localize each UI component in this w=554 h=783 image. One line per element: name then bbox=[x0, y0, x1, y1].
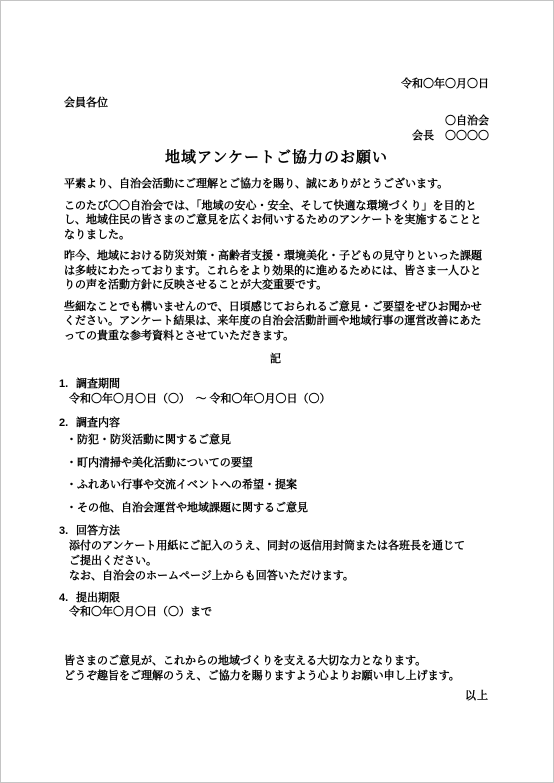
paragraph-line: ください。アンケート結果は、来年度の自治会活動計画や地域行事の運営改善にあた bbox=[64, 314, 489, 329]
section-body-line: 令和〇年〇月〇日（〇）まで bbox=[69, 605, 489, 620]
section-number: 2. bbox=[59, 416, 76, 431]
paragraph-line: 平素より、自治会活動にご理解とご協力を賜り、誠にありがとうございます。 bbox=[64, 177, 489, 192]
document-page: 令和〇年〇月〇日 会員各位 〇自治会 会長 〇〇〇〇 地域アンケートご協力のお願… bbox=[0, 0, 554, 783]
sender-org: 〇自治会 bbox=[64, 114, 489, 129]
bullet-item: ・ふれあい行事や交流イベントへの希望・提案 bbox=[66, 478, 489, 493]
paragraph-line: っての貴重な参考資料とさせていただきます。 bbox=[64, 329, 489, 344]
bullet-item: ・町内清掃や美化活動についての要望 bbox=[66, 456, 489, 471]
section-body-line: 令和〇年〇月〇日（〇） ～ 令和〇年〇月〇日（〇） bbox=[69, 392, 489, 407]
section-body-line: なお、自治会のホームページ上からも回答いただけます。 bbox=[69, 569, 489, 584]
section-body-line: ご提出ください。 bbox=[69, 554, 489, 569]
section-number: 3. bbox=[59, 524, 76, 539]
section-heading: 回答方法 bbox=[76, 524, 120, 539]
section-response-method: 3. 回答方法 添付のアンケート用紙にご記入のうえ、同封の返信用封筒または各班長… bbox=[59, 524, 489, 584]
paragraph-line: は多岐にわたっております。これらをより効果的に進めるためには、皆さま一人ひと bbox=[64, 264, 489, 279]
paragraph-line: し、地域住民の皆さまのご意見を広くお伺いするためのアンケートを実施することと bbox=[64, 213, 489, 228]
section-heading-row: 3. 回答方法 bbox=[59, 524, 489, 539]
recipient: 会員各位 bbox=[64, 96, 489, 110]
bullet-item: ・その他、自治会運営や地域課題に関するご意見 bbox=[66, 501, 489, 516]
section-submission-deadline: 4. 提出期限 令和〇年〇月〇日（〇）まで bbox=[59, 591, 489, 621]
section-heading: 提出期限 bbox=[76, 591, 120, 606]
sender-block: 〇自治会 会長 〇〇〇〇 bbox=[64, 114, 489, 143]
section-body: 令和〇年〇月〇日（〇）まで bbox=[69, 605, 489, 620]
section-number: 4. bbox=[59, 591, 76, 606]
section-heading-row: 1. 調査期間 bbox=[59, 377, 489, 392]
section-heading: 調査期間 bbox=[76, 377, 120, 392]
section-heading-row: 2. 調査内容 bbox=[59, 416, 489, 431]
paragraph-line: 些細なことでも構いませんので、日頃感じておられるご意見・ご要望をぜひお聞かせ bbox=[64, 300, 489, 315]
section-body-line: 添付のアンケート用紙にご記入のうえ、同封の返信用封筒または各班長を通じて bbox=[69, 539, 489, 554]
paragraph-1: 平素より、自治会活動にご理解とご協力を賜り、誠にありがとうございます。 bbox=[64, 177, 489, 192]
paragraph-line: なりました。 bbox=[64, 228, 489, 243]
section-heading-row: 4. 提出期限 bbox=[59, 591, 489, 606]
section-body: 添付のアンケート用紙にご記入のうえ、同封の返信用封筒または各班長を通じて ご提出… bbox=[69, 539, 489, 584]
closing-line: どうぞ趣旨をご理解のうえ、ご協力を賜りますよう心よりお願い申し上げます。 bbox=[64, 669, 489, 684]
paragraph-line: 昨今、地域における防災対策・高齢者支援・環境美化・子どもの見守りといった課題 bbox=[64, 249, 489, 264]
paragraph-line: このたび〇〇自治会では、「地域の安心・安全、そして快適な環境づくり」を目的と bbox=[64, 199, 489, 214]
section-heading: 調査内容 bbox=[76, 416, 120, 431]
section-survey-contents: 2. 調査内容 ・防犯・防災活動に関するご意見 ・町内清掃や美化活動についての要… bbox=[59, 416, 489, 516]
section-survey-period: 1. 調査期間 令和〇年〇月〇日（〇） ～ 令和〇年〇月〇日（〇） bbox=[59, 377, 489, 407]
paragraph-line: りの声を活動方針に反映させることが大変重要です。 bbox=[64, 278, 489, 293]
date: 令和〇年〇月〇日 bbox=[64, 77, 489, 91]
closing-marker: 以上 bbox=[64, 689, 489, 704]
paragraph-3: 昨今、地域における防災対策・高齢者支援・環境美化・子どもの見守りといった課題 は… bbox=[64, 249, 489, 293]
document-title: 地域アンケートご協力のお願い bbox=[64, 149, 489, 167]
section-body: 令和〇年〇月〇日（〇） ～ 令和〇年〇月〇日（〇） bbox=[69, 392, 489, 407]
section-number: 1. bbox=[59, 377, 76, 392]
record-marker: 記 bbox=[64, 352, 489, 367]
closing-paragraph: 皆さまのご意見が、これからの地域づくりを支える大切な力となります。 どうぞ趣旨を… bbox=[64, 654, 489, 683]
sender-name: 会長 〇〇〇〇 bbox=[64, 129, 489, 144]
bullet-item: ・防犯・防災活動に関するご意見 bbox=[66, 433, 489, 448]
closing-line: 皆さまのご意見が、これからの地域づくりを支える大切な力となります。 bbox=[64, 654, 489, 669]
paragraph-4: 些細なことでも構いませんので、日頃感じておられるご意見・ご要望をぜひお聞かせ く… bbox=[64, 300, 489, 344]
paragraph-2: このたび〇〇自治会では、「地域の安心・安全、そして快適な環境づくり」を目的と し… bbox=[64, 199, 489, 243]
